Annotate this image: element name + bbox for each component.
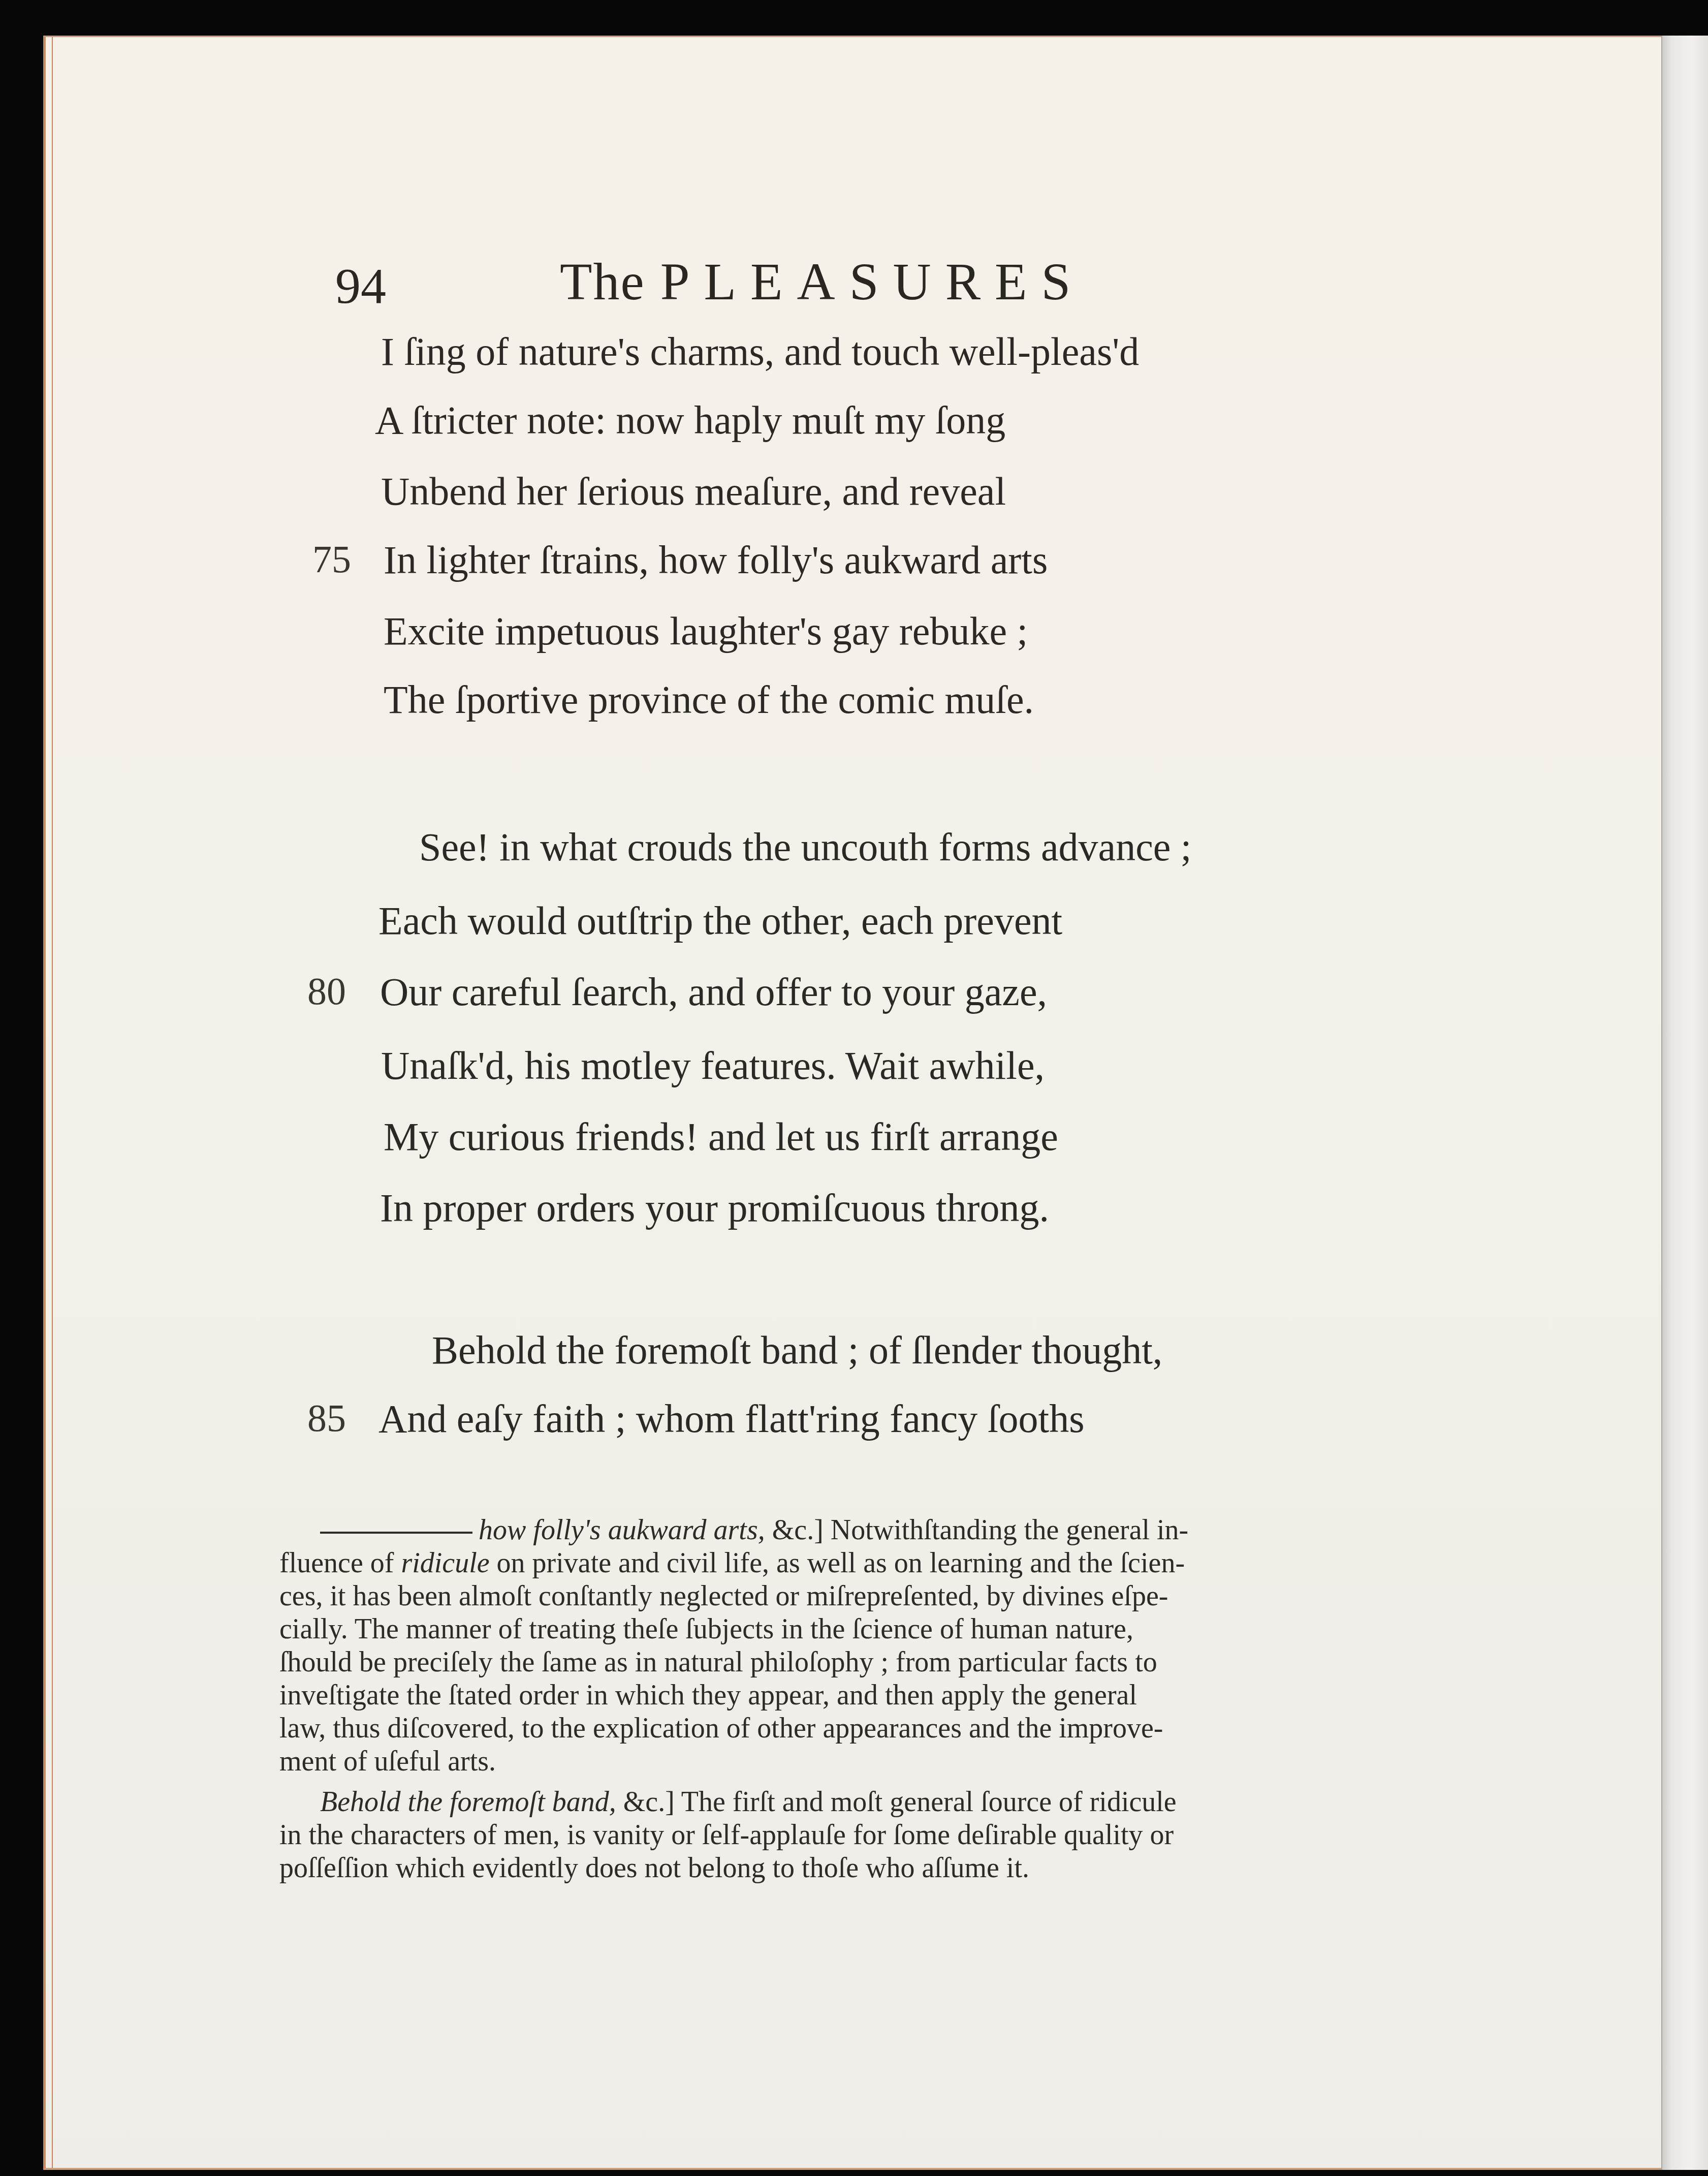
verse-line: My curious friends! and let us firſt arr… (384, 1117, 1058, 1157)
page-number: 94 (335, 261, 386, 312)
footnote-1-line: ſhould be preciſely the ſame as in natur… (279, 1648, 1157, 1676)
footnote-rule (320, 1532, 472, 1534)
footnote-1-line: ces, it has been almoſt conſtantly negle… (279, 1582, 1168, 1610)
footnote-italic-term: ridicule (401, 1547, 489, 1579)
footnote-1-line: law, thus diſcovered, to the explication… (279, 1714, 1163, 1743)
footnote-1-line: inveſtigate the ſtated order in which th… (279, 1681, 1137, 1709)
footnote-2-line: poſſeſſion which evidently does not belo… (279, 1854, 1029, 1882)
running-head-prefix: The (560, 253, 645, 311)
verse-line: Excite impetuous laughter's gay rebuke ; (384, 611, 1028, 651)
verse-line: In lighter ſtrains, how folly's aukward … (384, 540, 1048, 580)
verse-line: And eaſy faith ; whom flatt'ring fancy ſ… (378, 1399, 1085, 1439)
footnote-lemma: how folly's aukward arts, (479, 1514, 765, 1546)
verse-line: Behold the foremoſt band ; of ſlender th… (432, 1330, 1162, 1370)
footnote-1-line: ment of uſeful arts. (279, 1747, 496, 1776)
facing-page-edge (1661, 36, 1708, 2170)
verse-line: I ſing of nature's charms, and touch wel… (381, 332, 1139, 371)
verse-line: Each would outſtrip the other, each prev… (378, 901, 1062, 941)
verse-line: See! in what crouds the uncouth forms ad… (419, 827, 1192, 867)
running-head-title: PLEASURES (660, 253, 1085, 311)
footnote-1-line: fluence of ridicule on private and civil… (279, 1549, 1185, 1577)
line-number: 75 (312, 540, 351, 579)
footnote-2-line: in the characters of men, is vanity or ſ… (279, 1821, 1174, 1849)
verse-line: Unbend her ſerious meaſure, and reveal (381, 472, 1006, 511)
verse-line: Unaſk'd, his motley features. Wait awhil… (381, 1046, 1045, 1085)
verse-line: Our careful ſearch, and offer to your ga… (380, 972, 1047, 1012)
footnote-1-line: cially. The manner of treating theſe ſub… (279, 1615, 1133, 1643)
footnote-lemma: Behold the foremoſt band, (320, 1786, 616, 1818)
line-number: 80 (307, 972, 346, 1011)
running-head: ThePLEASURES (560, 256, 1085, 308)
verse-line: In proper orders your promiſcuous throng… (380, 1188, 1049, 1228)
verse-line: A ſtricter note: now haply muſt my ſong (375, 400, 1005, 440)
line-number: 85 (307, 1399, 346, 1438)
footnote-1-line: how folly's aukward arts, &c.] Notwithſt… (320, 1516, 1188, 1544)
book-page: 94 ThePLEASURES I ſing of nature's charm… (43, 36, 1669, 2170)
verse-line: The ſportive province of the comic muſe. (384, 680, 1034, 720)
footnote-2-line: Behold the foremoſt band, &c.] The firſt… (320, 1788, 1177, 1816)
